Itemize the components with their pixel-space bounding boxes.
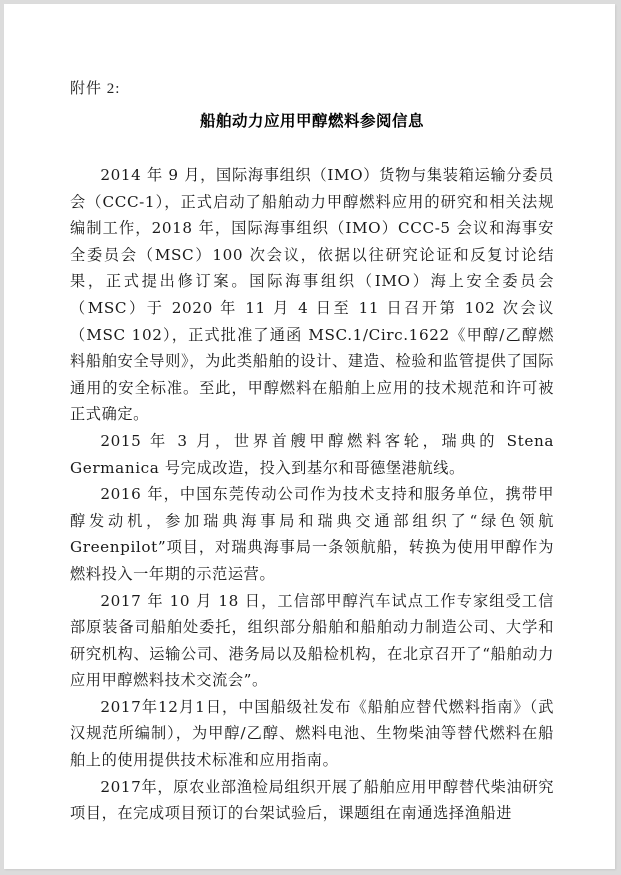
document-title: 船舶动力应用甲醇燃料参阅信息 — [70, 108, 554, 162]
paragraph-fishery-project: 2017年，原农业部渔检局组织开展了船舶应用甲醇替代柴油研究项目，在完成项目预订… — [70, 774, 554, 827]
paragraph-stena-germanica: 2015 年 3 月，世界首艘甲醇燃料客轮，瑞典的 Stena Germanic… — [70, 428, 554, 481]
document-page: 附件 2: 船舶动力应用甲醇燃料参阅信息 2014 年 9 月，国际海事组织（I… — [4, 4, 615, 869]
attachment-label: 附件 2: — [70, 76, 554, 102]
paragraph-ccs-guideline: 2017年12月1日，中国船级社发布《船舶应替代燃料指南》（武汉规范所编制），为… — [70, 694, 554, 774]
paragraph-greenpilot: 2016 年，中国东莞传动公司作为技术支持和服务单位，携带甲醇发动机，参加瑞典海… — [70, 481, 554, 587]
paragraph-miit-conference: 2017 年 10 月 18 日，工信部甲醇汽车试点工作专家组受工信部原装备司船… — [70, 588, 554, 694]
paragraph-imo-history: 2014 年 9 月，国际海事组织（IMO）货物与集装箱运输分委员会（CCC-1… — [70, 162, 554, 428]
document-body: 附件 2: 船舶动力应用甲醇燃料参阅信息 2014 年 9 月，国际海事组织（I… — [70, 76, 554, 827]
